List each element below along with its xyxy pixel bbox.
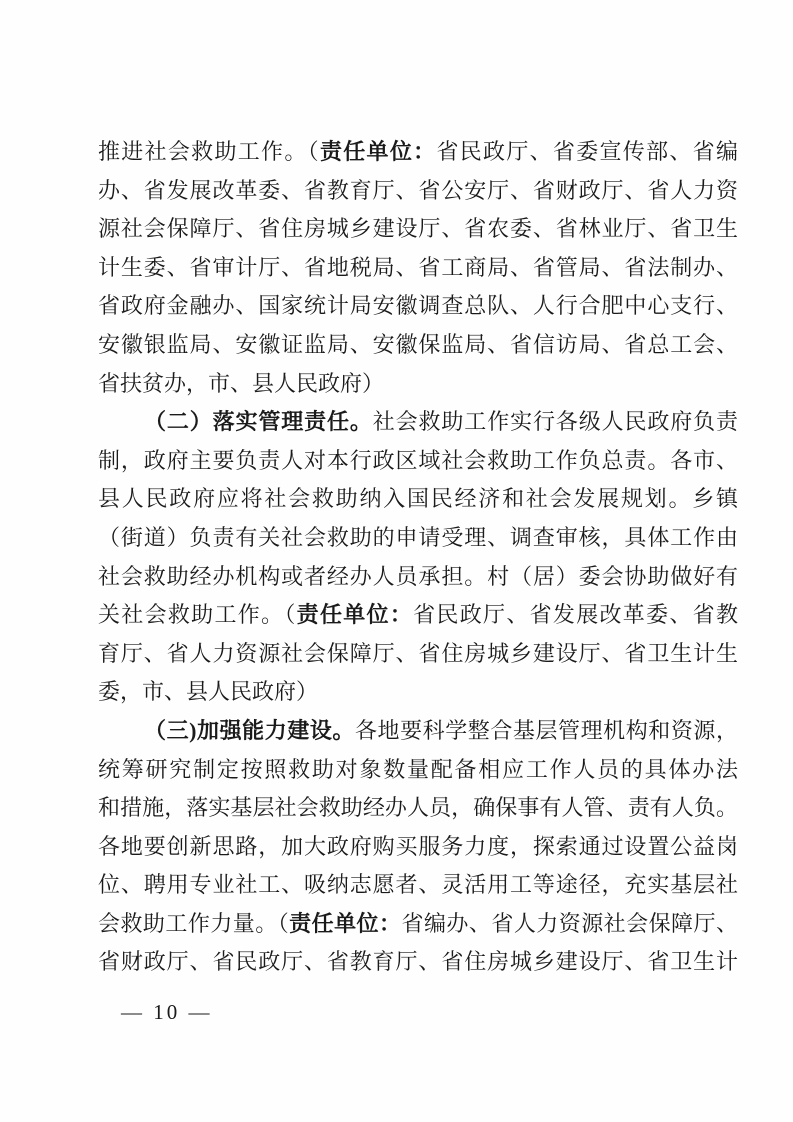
body-text: 县人民政府应将社会救助纳入国民经济和社会发展规划。乡镇 xyxy=(98,486,738,511)
body-text: 推进社会救助工作。（ xyxy=(98,139,320,164)
text-line: 制，政府主要负责人对本行政区域社会救助工作负总责。各市、 xyxy=(98,442,738,481)
body-text: 和措施，落实基层社会救助经办人员，确保事有人管、责有人负。 xyxy=(98,795,738,820)
text-line: （二）落实管理责任。社会救助工作实行各级人民政府负责 xyxy=(98,403,738,442)
text-line: 委，市、县人民政府） xyxy=(98,673,738,712)
text-line: 县人民政府应将社会救助纳入国民经济和社会发展规划。乡镇 xyxy=(98,480,738,519)
text-line: 办、省发展改革委、省教育厅、省公安厅、省财政厅、省人力资 xyxy=(98,172,738,211)
body-text: 统筹研究制定按照救助对象数量配备相应工作人员的具体办法 xyxy=(98,757,738,782)
text-line: 安徽银监局、安徽证监局、安徽保监局、省信访局、省总工会、 xyxy=(98,326,738,365)
body-text: 制，政府主要负责人对本行政区域社会救助工作负总责。各市、 xyxy=(98,448,738,473)
body-text: （街道）负责有关社会救助的申请受理、调查审核，具体工作由 xyxy=(98,525,738,550)
body-text: 各地要创新思路，加大政府购买服务力度，探索通过设置公益岗 xyxy=(98,834,738,859)
body-text: 各地要科学整合基层管理机构和资源， xyxy=(355,718,738,743)
body-text: 关社会救助工作。（ xyxy=(98,602,297,627)
body-text: 源社会保障厅、省住房城乡建设厅、省农委、省林业厅、省卫生 xyxy=(98,216,738,241)
text-line: 关社会救助工作。（责任单位：省民政厅、省发展改革委、省教 xyxy=(98,596,738,635)
body-text: 省编办、省人力资源社会保障厅、 xyxy=(402,911,738,936)
body-text: 委，市、县人民政府） xyxy=(98,679,318,704)
text-line: 省扶贫办，市、县人民政府） xyxy=(98,365,738,404)
text-line: 位、聘用专业社工、吸纳志愿者、灵活用工等途径，充实基层社 xyxy=(98,866,738,905)
emphasis-text: 责任单位： xyxy=(320,139,436,164)
emphasis-text: （三)加强能力建设。 xyxy=(144,718,355,743)
text-line: （街道）负责有关社会救助的申请受理、调查审核，具体工作由 xyxy=(98,519,738,558)
text-line: 统筹研究制定按照救助对象数量配备相应工作人员的具体办法 xyxy=(98,751,738,790)
body-text: 安徽银监局、安徽证监局、安徽保监局、省信访局、省总工会、 xyxy=(98,332,738,357)
text-line: （三)加强能力建设。各地要科学整合基层管理机构和资源， xyxy=(98,712,738,751)
text-line: 各地要创新思路，加大政府购买服务力度，探索通过设置公益岗 xyxy=(98,828,738,867)
body-text: 育厅、省人力资源社会保障厅、省住房城乡建设厅、省卫生计生 xyxy=(98,641,738,666)
body-text: 计生委、省审计厅、省地税局、省工商局、省管局、省法制办、 xyxy=(98,255,738,280)
emphasis-text: 责任单位： xyxy=(289,911,401,936)
body-text: 会救助工作力量。（ xyxy=(98,911,289,936)
text-line: 省政府金融办、国家统计局安徽调查总队、人行合肥中心支行、 xyxy=(98,287,738,326)
body-text: 位、聘用专业社工、吸纳志愿者、灵活用工等途径，充实基层社 xyxy=(98,872,738,897)
page-number: — 10 — xyxy=(121,1000,213,1024)
text-line: 会救助工作力量。（责任单位：省编办、省人力资源社会保障厅、 xyxy=(98,905,738,944)
document-page: 推进社会救助工作。（责任单位：省民政厅、省委宣传部、省编办、省发展改革委、省教育… xyxy=(0,0,793,1122)
body-text: 社会救助工作实行各级人民政府负责 xyxy=(373,409,738,434)
text-line: 社会救助经办机构或者经办人员承担。村（居）委会协助做好有 xyxy=(98,558,738,597)
body-text: 省财政厅、省民政厅、省教育厅、省住房城乡建设厅、省卫生计 xyxy=(98,949,738,974)
body-text: 社会救助经办机构或者经办人员承担。村（居）委会协助做好有 xyxy=(98,564,738,589)
body-text: 办、省发展改革委、省教育厅、省公安厅、省财政厅、省人力资 xyxy=(98,178,738,203)
text-line: 省财政厅、省民政厅、省教育厅、省住房城乡建设厅、省卫生计 xyxy=(98,943,738,982)
text-line: 源社会保障厅、省住房城乡建设厅、省农委、省林业厅、省卫生 xyxy=(98,210,738,249)
body-text: 省扶贫办，市、县人民政府） xyxy=(98,371,384,396)
text-line: 推进社会救助工作。（责任单位：省民政厅、省委宣传部、省编 xyxy=(98,133,738,172)
document-body: 推进社会救助工作。（责任单位：省民政厅、省委宣传部、省编办、省发展改革委、省教育… xyxy=(98,133,738,982)
emphasis-text: 责任单位： xyxy=(297,602,413,627)
text-line: 和措施，落实基层社会救助经办人员，确保事有人管、责有人负。 xyxy=(98,789,738,828)
page-footer: — 10 — xyxy=(121,997,213,1027)
body-text: 省民政厅、省发展改革委、省教 xyxy=(413,602,738,627)
text-line: 育厅、省人力资源社会保障厅、省住房城乡建设厅、省卫生计生 xyxy=(98,635,738,674)
body-text: 省政府金融办、国家统计局安徽调查总队、人行合肥中心支行、 xyxy=(98,293,738,318)
body-text: 省民政厅、省委宣传部、省编 xyxy=(436,139,738,164)
text-line: 计生委、省审计厅、省地税局、省工商局、省管局、省法制办、 xyxy=(98,249,738,288)
emphasis-text: （二）落实管理责任。 xyxy=(144,409,373,434)
